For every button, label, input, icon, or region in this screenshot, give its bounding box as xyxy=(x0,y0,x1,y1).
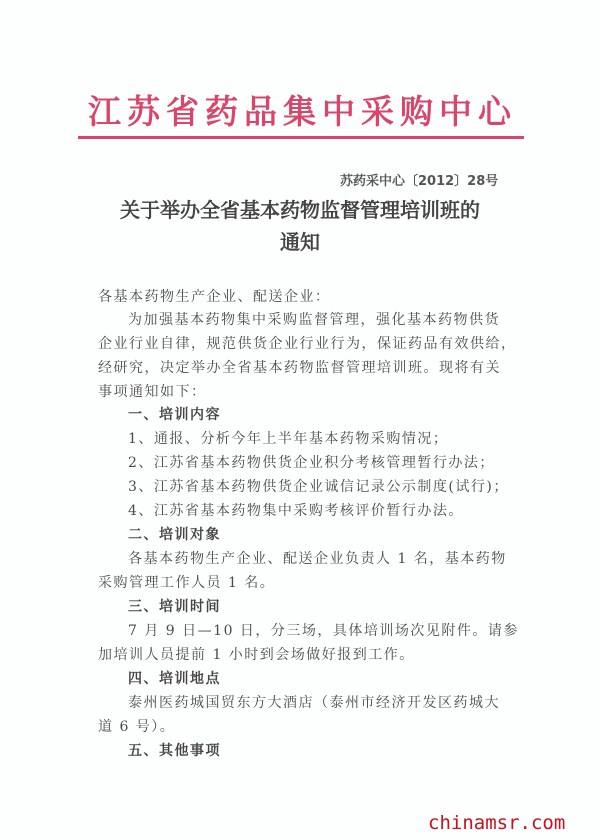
document-title-line2: 通知 xyxy=(60,227,540,257)
section-heading-other: 五、其他事项 xyxy=(128,740,548,762)
location-line: 道 6 号）。 xyxy=(98,716,518,738)
salutation: 各基本药物生产企业、配送企业： xyxy=(98,286,518,308)
audience-line: 各基本药物生产企业、配送企业负责人 1 名，基本药物 xyxy=(128,548,548,570)
audience-line: 采购管理工作人员 1 名。 xyxy=(98,572,518,594)
section-heading-audience: 二、培训对象 xyxy=(128,524,548,546)
section-heading-content: 一、培训内容 xyxy=(128,404,548,426)
intro-line: 为加强基本药物集中采购监督管理，强化基本药物供货 xyxy=(128,309,548,331)
time-line: 7 月 9 日—10 日，分三场，具体培训场次见附件。请参 xyxy=(128,620,548,642)
watermark-logo: chinamsr.com xyxy=(428,812,565,834)
intro-line: 事项通知如下： xyxy=(98,381,518,403)
document-number: 苏药采中心〔2012〕28号 xyxy=(340,170,498,189)
content-item: 2、江苏省基本药物供货企业积分考核管理暂行办法； xyxy=(128,452,548,474)
intro-line: 企业行业自律，规范供货企业行业行为，保证药品有效供给， xyxy=(98,333,518,355)
header-rule-divider xyxy=(78,136,524,139)
time-line: 加培训人员提前 1 小时到会场做好报到工作。 xyxy=(98,644,518,666)
section-heading-time: 三、培训时间 xyxy=(128,596,548,618)
org-header: 江苏省药品集中采购中心 xyxy=(80,92,525,132)
content-item: 1、通报、分析今年上半年基本药物采购情况； xyxy=(128,428,548,450)
content-item: 4、江苏省基本药物集中采购考核评价暂行办法。 xyxy=(128,500,548,522)
section-heading-location: 四、培训地点 xyxy=(128,668,548,690)
intro-line: 经研究，决定举办全省基本药物监督管理培训班。现将有关 xyxy=(98,357,518,379)
document-page: 江苏省药品集中采购中心 苏药采中心〔2012〕28号 关于举办全省基本药物监督管… xyxy=(0,0,600,840)
location-line: 泰州医药城国贸东方大酒店（泰州市经济开发区药城大 xyxy=(128,692,548,714)
document-title-line1: 关于举办全省基本药物监督管理培训班的 xyxy=(60,195,540,225)
content-item: 3、江苏省基本药物供货企业诚信记录公示制度(试行)； xyxy=(128,476,548,498)
